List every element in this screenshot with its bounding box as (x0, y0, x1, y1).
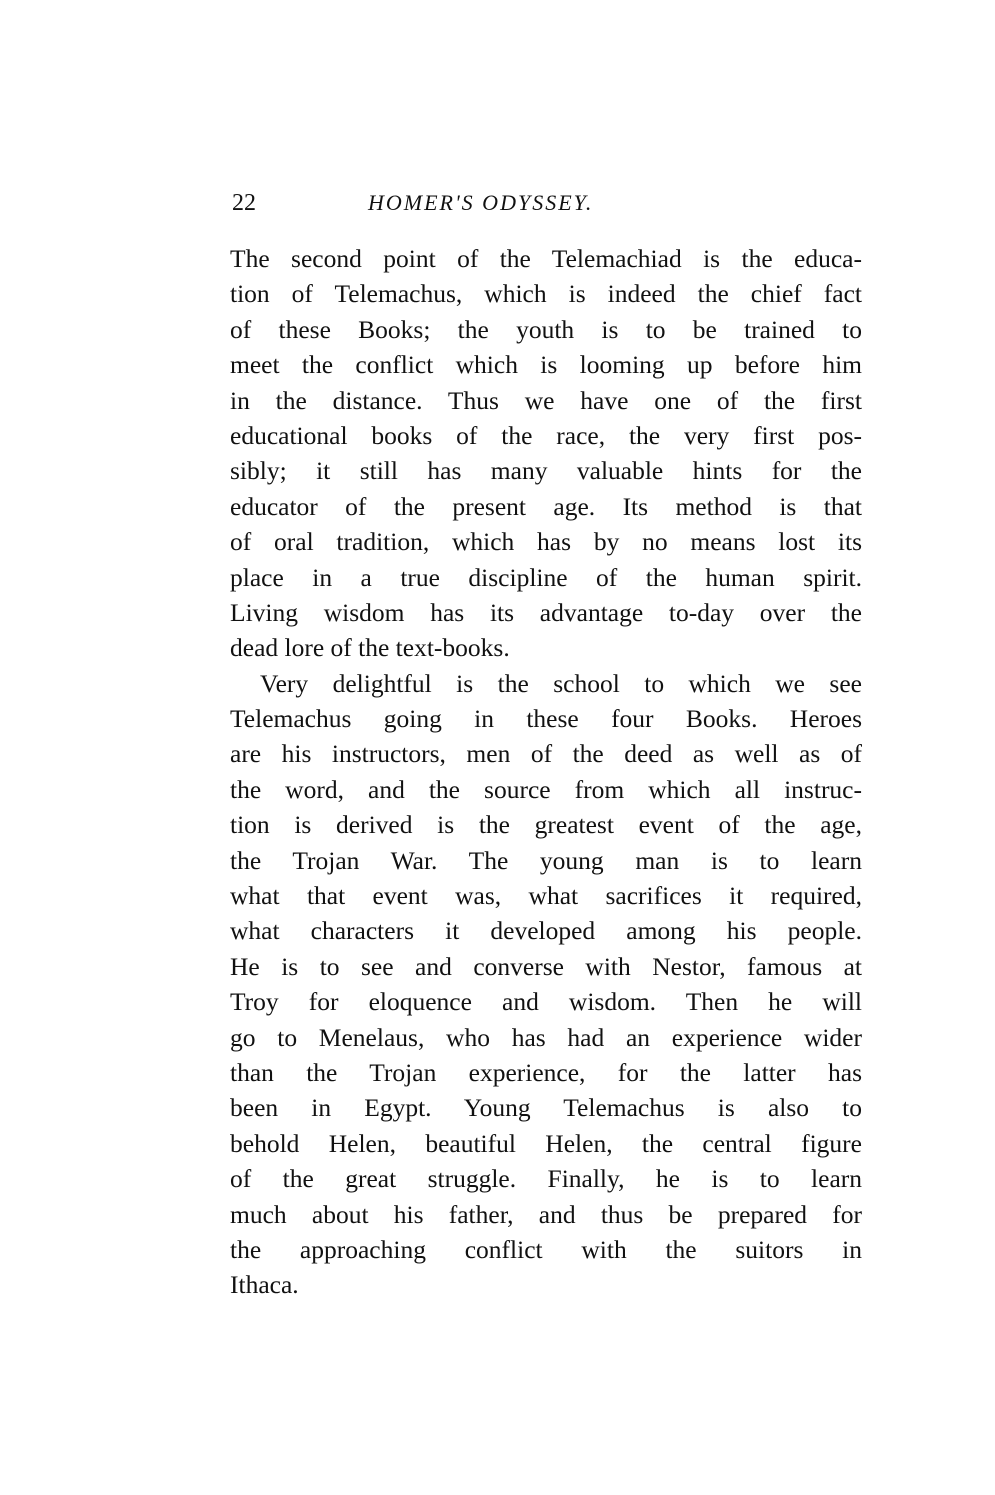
text-line: He is to see and converse with Nestor, f… (230, 949, 862, 984)
text-line: educator of the present age. Its method … (230, 489, 862, 524)
text-line: Ithaca. (230, 1267, 862, 1302)
text-line: what characters it developed among his p… (230, 913, 862, 948)
text-line: sibly; it still has many valuable hints … (230, 453, 862, 488)
page-header: 22 HOMER'S ODYSSEY. (230, 188, 862, 218)
text-line: much about his father, and thus be prepa… (230, 1197, 862, 1232)
text-line: place in a true discipline of the human … (230, 560, 862, 595)
text-line: Troy for eloquence and wisdom. Then he w… (230, 984, 862, 1019)
text-line: Telemachus going in these four Books. He… (230, 701, 862, 736)
text-line: are his instructors, men of the deed as … (230, 736, 862, 771)
text-line: dead lore of the text-books. (230, 630, 862, 665)
text-line: in the distance. Thus we have one of the… (230, 383, 862, 418)
text-line: Very delightful is the school to which w… (230, 666, 862, 701)
text-line: of these Books; the youth is to be train… (230, 312, 862, 347)
text-line: what that event was, what sacrifices it … (230, 878, 862, 913)
page-number: 22 (232, 188, 256, 218)
text-line: tion of Telemachus, which is indeed the … (230, 276, 862, 311)
paragraph-1: The second point of the Telemachiad is t… (230, 241, 862, 666)
text-line: The second point of the Telemachiad is t… (230, 241, 862, 276)
text-line: educational books of the race, the very … (230, 418, 862, 453)
text-line: go to Menelaus, who has had an experienc… (230, 1020, 862, 1055)
text-line: meet the conflict which is looming up be… (230, 347, 862, 382)
text-line: than the Trojan experience, for the latt… (230, 1055, 862, 1090)
text-line: been in Egypt. Young Telemachus is also … (230, 1090, 862, 1125)
paragraph-2: Very delightful is the school to which w… (230, 666, 862, 1303)
running-title: HOMER'S ODYSSEY. (368, 188, 593, 218)
text-line: the Trojan War. The young man is to lear… (230, 843, 862, 878)
text-line: the approaching conflict with the suitor… (230, 1232, 862, 1267)
text-line: the word, and the source from which all … (230, 772, 862, 807)
book-page: 22 HOMER'S ODYSSEY. The second point of … (0, 0, 995, 1495)
body-text: The second point of the Telemachiad is t… (230, 241, 862, 1303)
text-line: Living wisdom has its advantage to-day o… (230, 595, 862, 630)
text-line: tion is derived is the greatest event of… (230, 807, 862, 842)
text-line: behold Helen, beautiful Helen, the centr… (230, 1126, 862, 1161)
text-line: of the great struggle. Finally, he is to… (230, 1161, 862, 1196)
text-line: of oral tradition, which has by no means… (230, 524, 862, 559)
